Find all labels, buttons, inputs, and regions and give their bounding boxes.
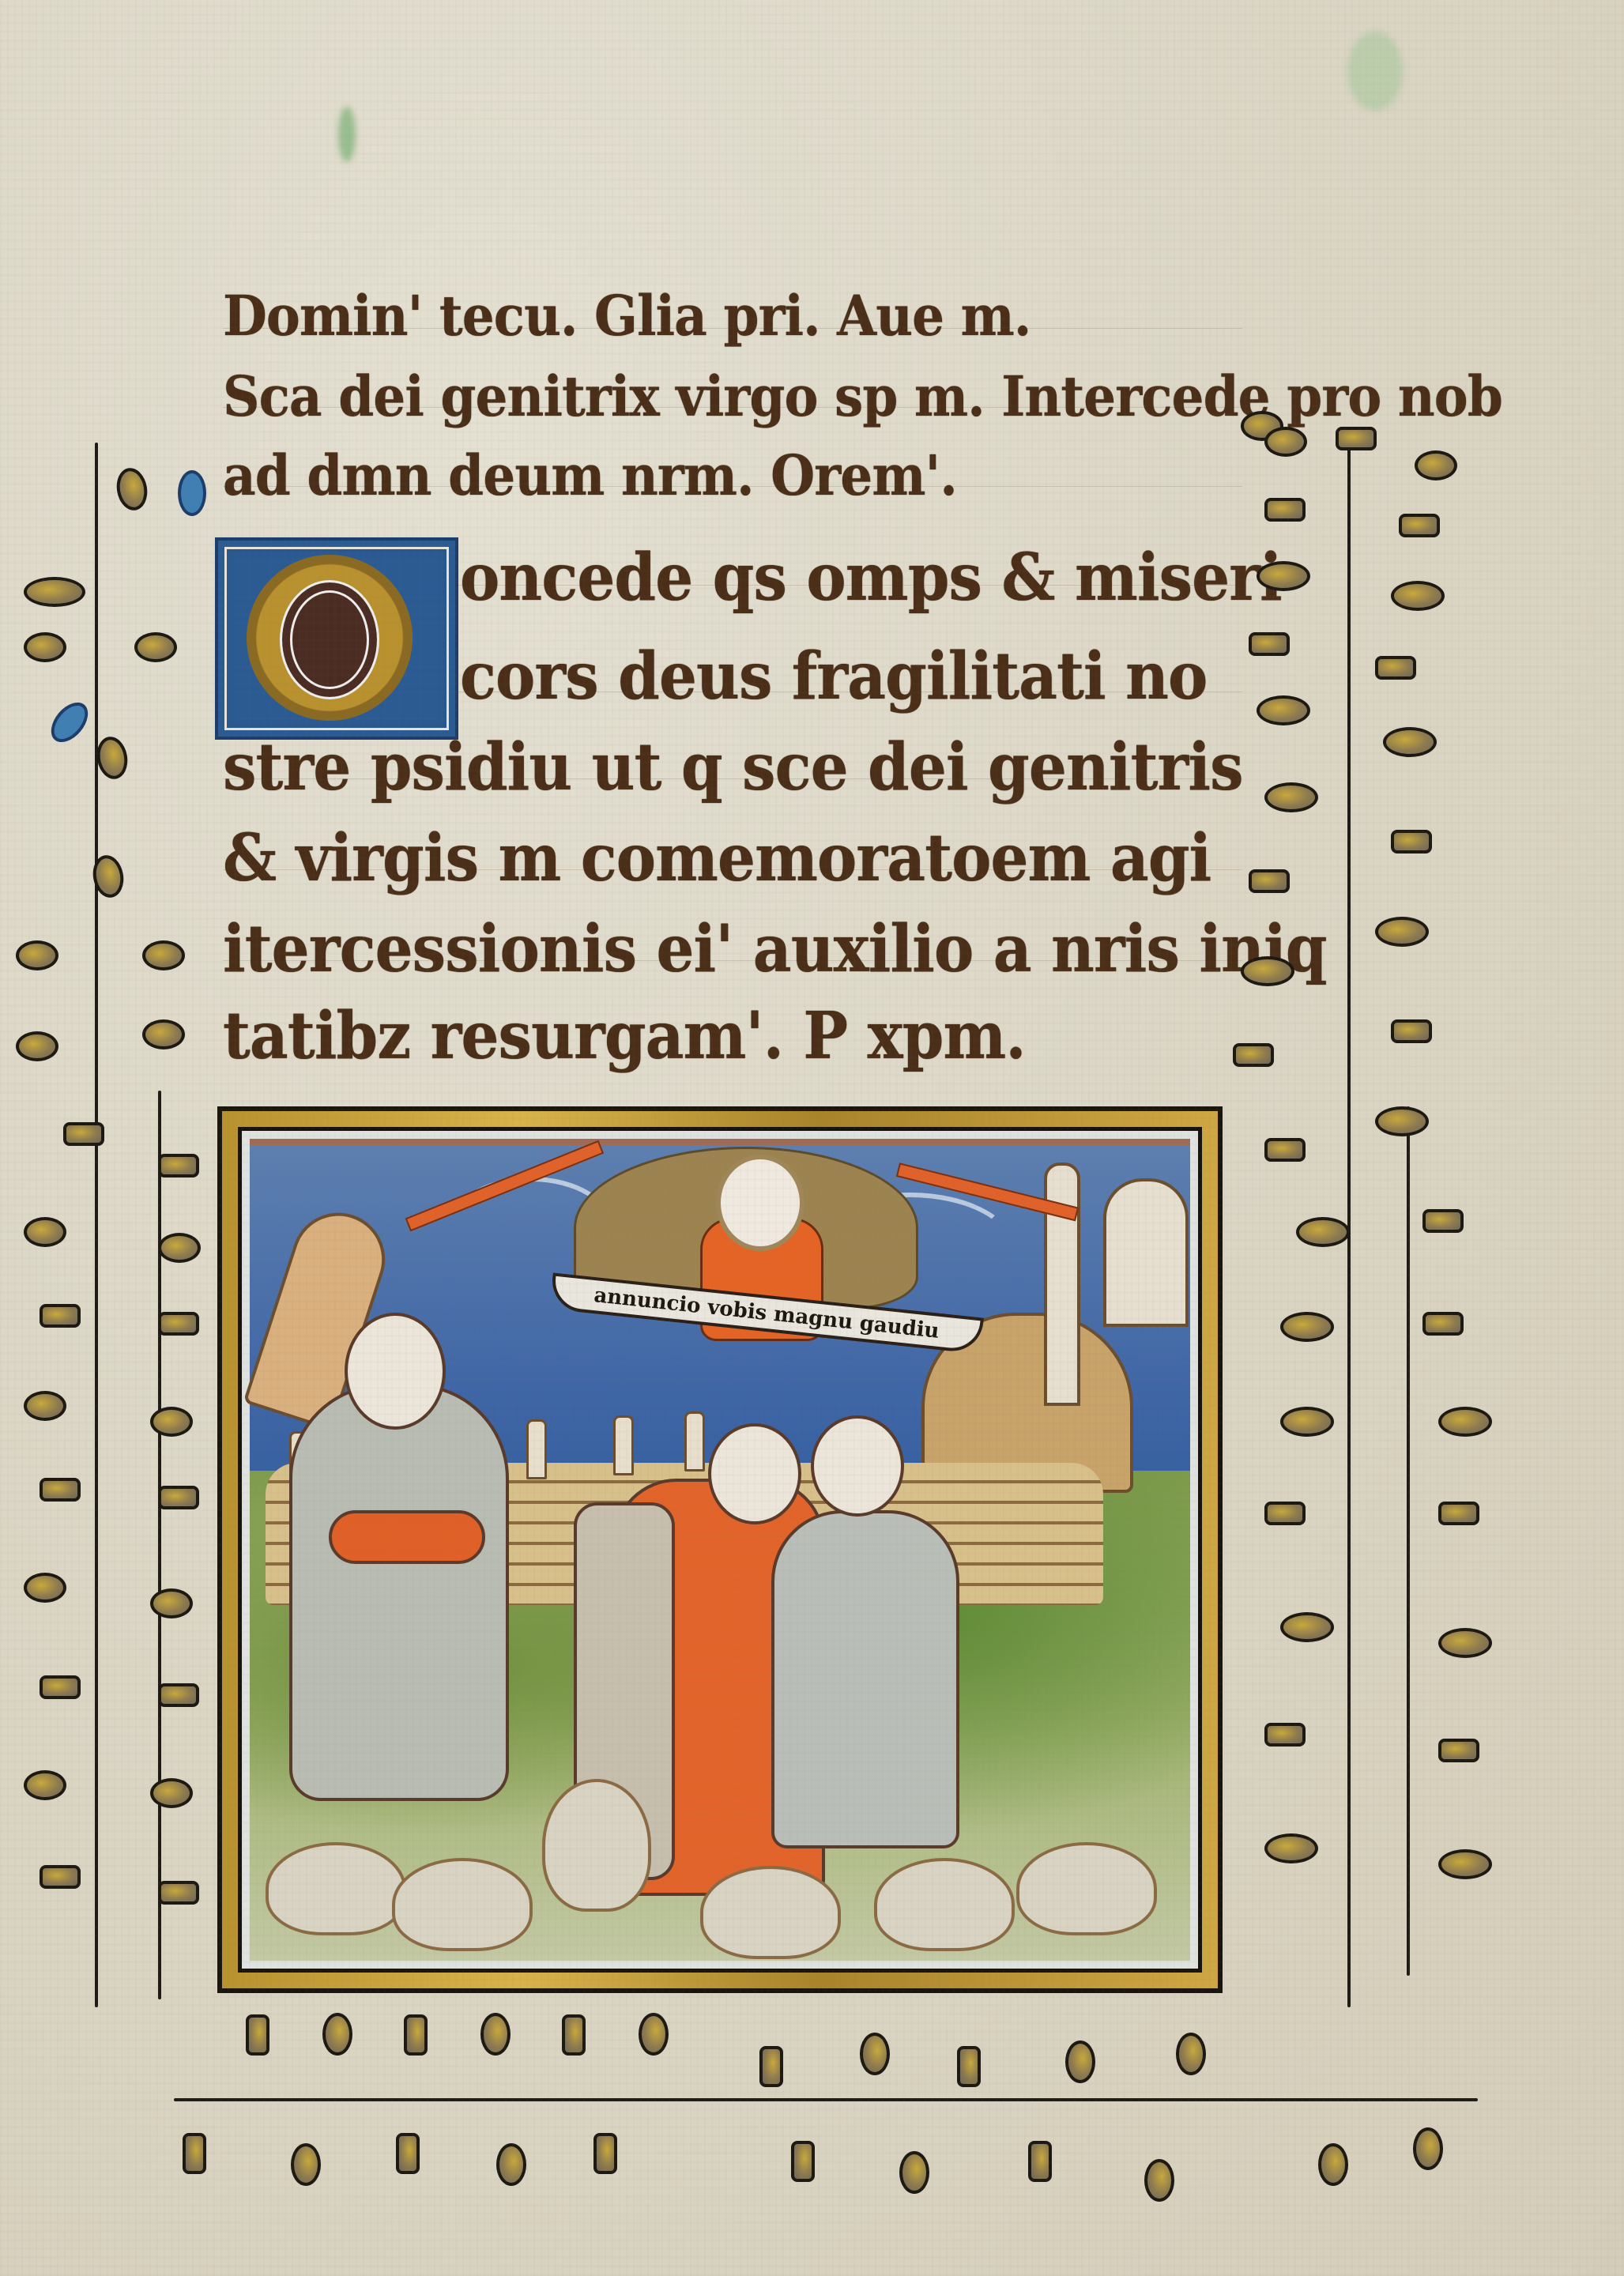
text-line-7: & virgis m comemoratoem agi <box>223 826 1211 891</box>
gold-leaf-icon <box>1438 1849 1492 1879</box>
gold-cross-leaf-icon <box>158 1683 199 1707</box>
gold-cross-leaf-icon <box>1391 830 1432 853</box>
gold-cross-leaf-icon <box>1249 632 1290 656</box>
gold-leaf-icon <box>1375 917 1429 947</box>
gold-leaf-icon <box>24 632 66 662</box>
gold-cross-leaf-icon <box>562 2014 586 2056</box>
gold-leaf-icon <box>150 1407 193 1437</box>
gold-leaf-icon <box>1241 956 1294 986</box>
vine-stem <box>1347 443 1351 2007</box>
gold-cross-leaf-icon <box>791 2141 815 2182</box>
vine-stem <box>95 443 98 2007</box>
gold-leaf-icon <box>1144 2159 1174 2202</box>
text-line-3: ad dmn deum nrm. Orem'. <box>223 448 957 503</box>
gold-cross-leaf-icon <box>593 2133 617 2174</box>
gold-leaf-icon <box>480 2013 511 2056</box>
gold-leaf-icon <box>1296 1217 1350 1247</box>
text-line-4: oncede qs omps & miseri <box>460 545 1282 610</box>
gold-cross-leaf-icon <box>1264 1502 1306 1525</box>
gold-cross-leaf-icon <box>1249 869 1290 893</box>
gold-leaf-icon <box>860 2033 890 2075</box>
gold-cross-leaf-icon <box>957 2046 981 2087</box>
gold-cross-leaf-icon <box>158 1154 199 1178</box>
gold-leaf-icon <box>1438 1628 1492 1658</box>
gold-leaf-icon <box>291 2143 321 2186</box>
gold-cross-leaf-icon <box>1264 1723 1306 1747</box>
gold-leaf-icon <box>94 734 131 782</box>
gold-leaf-icon <box>24 577 85 607</box>
fence-post <box>613 1415 634 1475</box>
gold-leaf-icon <box>1264 782 1318 812</box>
gold-leaf-icon <box>1264 1833 1318 1863</box>
gold-cross-leaf-icon <box>158 1881 199 1905</box>
gold-leaf-icon <box>1280 1407 1334 1437</box>
sheep <box>1016 1842 1157 1935</box>
gold-leaf-icon <box>1413 2127 1443 2170</box>
bagpipe <box>329 1510 485 1564</box>
sheep <box>700 1866 841 1959</box>
gold-cross-leaf-icon <box>40 1304 81 1328</box>
vine-stem <box>1407 1106 1410 1976</box>
gold-cross-leaf-icon <box>1264 498 1306 522</box>
gold-leaf-icon <box>1065 2040 1095 2083</box>
sheep <box>874 1858 1015 1951</box>
gold-leaf-icon <box>142 1019 185 1049</box>
gold-leaf-icon <box>134 632 177 662</box>
shepherd-head <box>811 1415 904 1517</box>
gold-leaf-icon <box>16 940 58 970</box>
gold-cross-leaf-icon <box>40 1865 81 1889</box>
fence-post <box>526 1419 547 1479</box>
gold-cross-leaf-icon <box>1233 1043 1274 1067</box>
initial-filigree-icon <box>280 580 379 699</box>
gold-leaf-icon <box>1257 695 1310 725</box>
gold-leaf-icon <box>24 1573 66 1603</box>
text-line-5: cors deus fragilitati no <box>460 644 1207 709</box>
green-stain <box>1347 32 1403 111</box>
gold-leaf-icon <box>24 1770 66 1800</box>
gold-leaf-icon <box>158 1233 201 1263</box>
gold-leaf-icon <box>1280 1612 1334 1642</box>
gold-leaf-icon <box>150 1778 193 1808</box>
gold-cross-leaf-icon <box>1399 514 1440 537</box>
gold-leaf-icon <box>1318 2143 1348 2186</box>
gold-leaf-icon <box>899 2151 929 2194</box>
gold-leaf-icon <box>639 2013 669 2056</box>
sheep <box>392 1858 533 1951</box>
gold-cross-leaf-icon <box>1391 1019 1432 1043</box>
text-line-6: stre psidiu ut q sce dei genitris <box>223 735 1243 800</box>
vine-stem <box>174 2098 1478 2101</box>
gold-leaf-icon <box>1415 450 1457 480</box>
gold-cross-leaf-icon <box>759 2046 783 2087</box>
manuscript-page: Domin' tecu. Glia pri. Aue m. Sca dei ge… <box>0 0 1624 2276</box>
gold-cross-leaf-icon <box>1422 1312 1464 1336</box>
gold-cross-leaf-icon <box>1438 1502 1479 1525</box>
gold-leaf-icon <box>142 940 185 970</box>
shepherd-grey-tunic <box>771 1510 959 1848</box>
shepherd-head <box>708 1423 801 1524</box>
gold-leaf-icon <box>114 465 151 513</box>
gold-leaf-icon <box>1257 561 1310 591</box>
gold-cross-leaf-icon <box>1422 1209 1464 1233</box>
gold-cross-leaf-icon <box>396 2133 420 2174</box>
gold-cross-leaf-icon <box>1438 1739 1479 1762</box>
gold-cross-leaf-icon <box>1264 1138 1306 1162</box>
sheep <box>542 1779 651 1912</box>
gold-leaf-icon <box>1375 1106 1429 1136</box>
gold-leaf-icon <box>150 1588 193 1618</box>
gold-cross-leaf-icon <box>246 2014 269 2056</box>
castle <box>1103 1178 1189 1327</box>
tower <box>1044 1162 1080 1406</box>
gold-leaf-icon <box>1438 1407 1492 1437</box>
fence-post <box>684 1411 705 1471</box>
gold-cross-leaf-icon <box>1336 427 1377 450</box>
gold-cross-leaf-icon <box>158 1312 199 1336</box>
shepherd-head <box>345 1313 446 1430</box>
gold-cross-leaf-icon <box>40 1478 81 1502</box>
text-line-9: tatibz resurgam'. P xpm. <box>223 1004 1026 1068</box>
gold-leaf-icon <box>1391 581 1445 611</box>
gold-cross-leaf-icon <box>183 2133 206 2174</box>
text-line-8: itercessionis ei' auxilio a nris iniq <box>223 917 1327 982</box>
gold-leaf-icon <box>496 2143 526 2186</box>
gold-leaf-icon <box>24 1217 66 1247</box>
blue-leaf-icon <box>44 695 96 749</box>
gold-leaf-icon <box>16 1031 58 1061</box>
gold-cross-leaf-icon <box>404 2014 428 2056</box>
miniature: annuncio vobis magnu gaudiu <box>238 1127 1202 1973</box>
blue-leaf-icon <box>178 470 206 516</box>
gold-leaf-icon <box>1383 727 1437 757</box>
sheep <box>266 1842 406 1935</box>
gold-cross-leaf-icon <box>1375 656 1416 680</box>
text-line-1: Domin' tecu. Glia pri. Aue m. <box>223 288 1031 344</box>
gold-cross-leaf-icon <box>1028 2141 1052 2182</box>
gold-cross-leaf-icon <box>40 1675 81 1699</box>
angel-head <box>716 1155 804 1251</box>
gold-leaf-icon <box>322 2013 352 2056</box>
text-line-2: Sca dei genitrix virgo sp m. Intercede p… <box>223 369 1502 424</box>
gold-leaf-icon <box>24 1391 66 1421</box>
gold-leaf-icon <box>1280 1312 1334 1342</box>
gold-cross-leaf-icon <box>63 1122 104 1146</box>
green-stain <box>338 107 356 162</box>
vine-stem <box>158 1091 161 1999</box>
gold-leaf-icon <box>1176 2033 1206 2075</box>
gold-leaf-icon <box>1264 427 1307 457</box>
miniature-frame: annuncio vobis magnu gaudiu <box>217 1106 1223 1993</box>
gold-cross-leaf-icon <box>158 1486 199 1509</box>
shepherd-seated <box>289 1384 509 1801</box>
illuminated-initial <box>215 537 458 740</box>
